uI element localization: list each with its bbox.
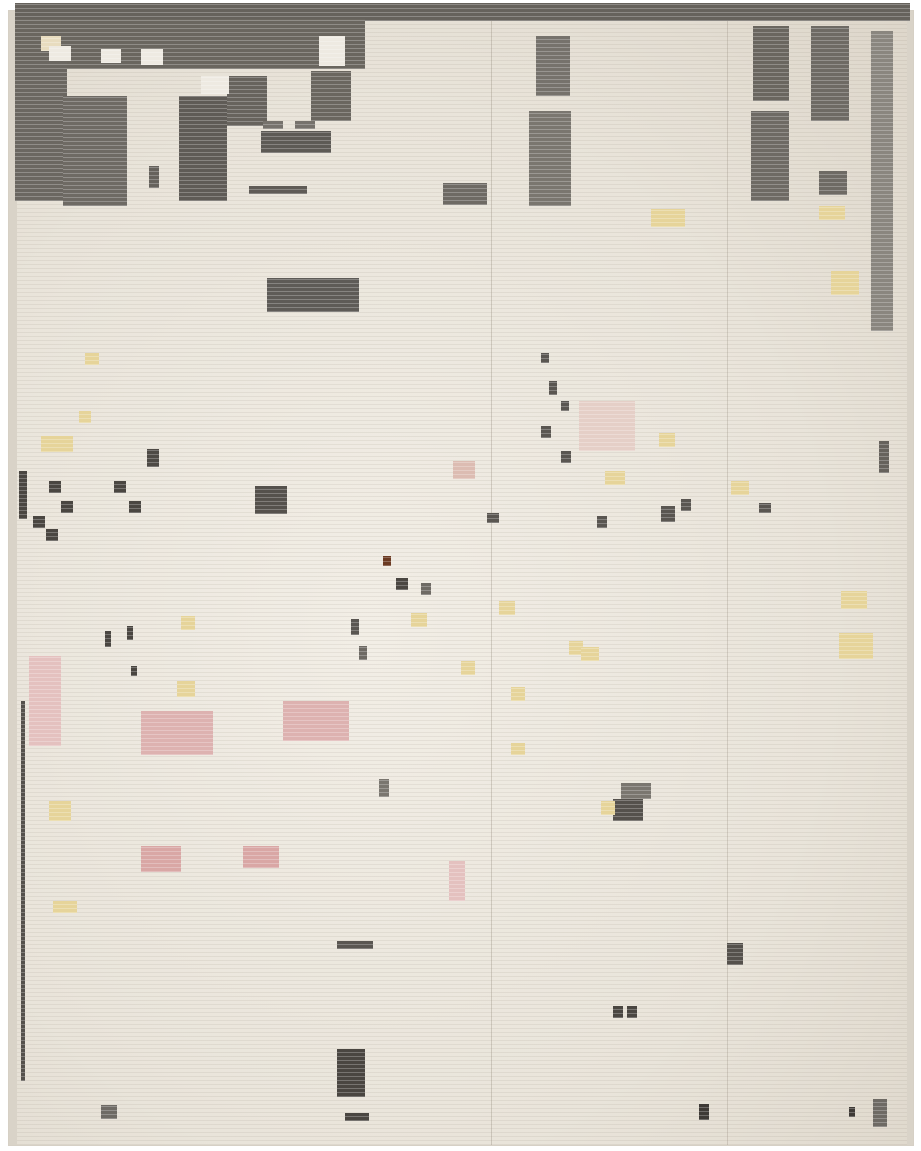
pattern-block (181, 616, 195, 630)
pattern-block (659, 433, 675, 447)
pattern-block (561, 401, 569, 411)
pattern-block (141, 49, 163, 65)
pattern-block (487, 513, 499, 523)
pattern-block (263, 121, 283, 129)
pattern-block (127, 626, 133, 640)
pattern-block (337, 941, 373, 949)
pattern-block (849, 1107, 855, 1117)
pattern-block (699, 1104, 709, 1120)
pattern-block (105, 631, 111, 647)
pattern-block (841, 591, 867, 609)
pattern-block (511, 687, 525, 701)
pattern-block (499, 601, 515, 615)
pattern-block (605, 471, 625, 485)
rug-edge-right (907, 11, 913, 1145)
pattern-block (19, 471, 27, 519)
pattern-block (114, 481, 126, 493)
pattern-block (819, 171, 847, 195)
pattern-block (255, 486, 287, 514)
pattern-block (751, 111, 789, 201)
pattern-block (15, 19, 365, 69)
pattern-block (839, 633, 873, 659)
rug-seam (491, 11, 492, 1145)
pattern-block (177, 681, 195, 697)
pattern-block (601, 801, 615, 815)
pattern-block (79, 411, 91, 423)
pattern-block (549, 381, 557, 395)
pattern-block (753, 26, 789, 101)
pattern-block (613, 799, 643, 821)
pattern-block (379, 779, 389, 797)
pattern-block (411, 613, 427, 627)
pattern-block (21, 701, 25, 1081)
pattern-block (179, 96, 227, 201)
pattern-block (63, 96, 127, 206)
pattern-block (651, 209, 685, 227)
pattern-block (351, 619, 359, 635)
pattern-block (511, 743, 525, 755)
pattern-block (681, 499, 691, 511)
pattern-block (613, 1006, 623, 1018)
pattern-block (49, 481, 61, 493)
pattern-block (337, 1049, 365, 1097)
pattern-block (345, 1113, 369, 1121)
pattern-block (149, 166, 159, 188)
pattern-block (295, 121, 315, 129)
pattern-block (759, 503, 771, 513)
pattern-block (873, 1099, 887, 1127)
pattern-block (536, 36, 570, 96)
pattern-block (61, 501, 73, 513)
pattern-block (33, 516, 45, 528)
pattern-block (15, 61, 67, 201)
pattern-block (396, 578, 408, 590)
pattern-block (621, 783, 651, 799)
pattern-block (283, 701, 349, 741)
pattern-block (201, 76, 229, 94)
pattern-block (147, 449, 159, 467)
pattern-block (541, 353, 549, 363)
pattern-block (627, 1006, 637, 1018)
pattern-block (319, 36, 345, 66)
pattern-block (541, 426, 551, 438)
pattern-block (383, 556, 391, 566)
pattern-block (581, 647, 599, 661)
pattern-block (831, 271, 859, 295)
pattern-block (453, 461, 475, 479)
pattern-block (129, 501, 141, 513)
pattern-block (561, 451, 571, 463)
pattern-block (243, 846, 279, 868)
pattern-block (359, 646, 367, 660)
pattern-block (443, 183, 487, 205)
rug-seam (727, 11, 728, 1145)
pattern-block (141, 711, 213, 755)
pattern-block (227, 76, 267, 126)
pattern-block (819, 206, 845, 220)
pattern-block (249, 186, 307, 194)
pattern-block (49, 801, 71, 821)
pattern-block (311, 71, 351, 121)
pattern-block (449, 861, 465, 901)
pattern-block (421, 583, 431, 595)
pattern-block (29, 656, 61, 746)
pattern-block (811, 26, 849, 121)
pattern-block (529, 111, 571, 206)
pattern-block (53, 901, 77, 913)
pattern-block (49, 46, 71, 61)
pattern-block (879, 441, 889, 473)
pattern-block (731, 481, 749, 495)
pattern-block (871, 31, 893, 331)
pattern-block (101, 1105, 117, 1119)
pattern-block (141, 846, 181, 872)
pattern-block (661, 506, 675, 522)
pattern-block (261, 131, 331, 153)
pattern-block (85, 353, 99, 365)
pattern-block (461, 661, 475, 675)
pattern-block (267, 278, 359, 312)
pattern-block (727, 943, 743, 965)
pattern-block (46, 529, 58, 541)
pattern-block (579, 401, 635, 451)
pattern-block (41, 436, 73, 452)
pattern-block (101, 49, 121, 63)
pattern-block (131, 666, 137, 676)
pattern-block (597, 516, 607, 528)
rug-photo (8, 10, 914, 1146)
